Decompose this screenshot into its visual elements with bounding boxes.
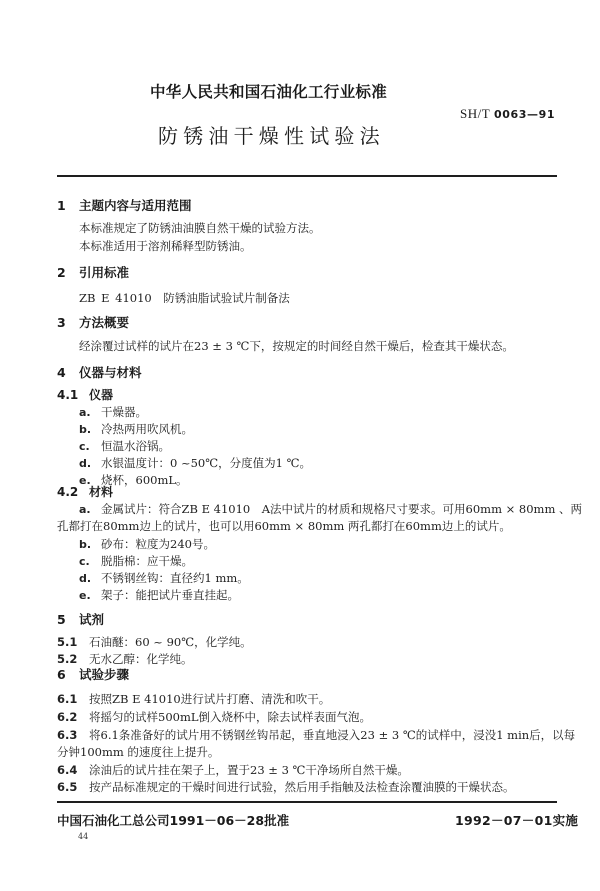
item-number: 5.2 [57, 652, 89, 666]
step-number: 6.1 [57, 692, 89, 706]
subsection-title: 仪器 [89, 388, 113, 402]
section-title: 仪器与材料 [79, 365, 142, 380]
section-4-heading: 4仪器与材料 [57, 363, 142, 381]
step-text: 按照ZB E 41010进行试片打磨、清洗和吹干。 [89, 692, 330, 706]
section-3-heading: 3方法概要 [57, 313, 129, 331]
reference-standard: ZB E 41010 防锈油脂试验试片制备法 [79, 290, 290, 306]
paragraph: 本标准规定了防锈油油膜自然干燥的试验方法。 [79, 220, 321, 236]
page-number: 44 [78, 832, 88, 841]
item-number: 5.1 [57, 635, 89, 649]
item-label: a. [79, 406, 101, 419]
header-divider [57, 175, 557, 177]
item-label: a. [79, 503, 101, 516]
procedure-step: 6.3将6.1条准备好的试片用不锈钢丝钩吊起，垂直地浸入23 ± 3 ℃的试样中… [57, 727, 575, 743]
item-text: 水银温度计：0 ~50℃，分度值为1 ℃。 [101, 456, 311, 470]
subsection-4-2-heading: 4.2材料 [57, 483, 113, 500]
section-number: 3 [57, 315, 79, 330]
item-text: 冷热两用吹风机。 [101, 422, 193, 436]
section-title: 试剂 [79, 612, 104, 627]
procedure-step-continuation: 分钟100mm 的速度往上提升。 [57, 744, 219, 760]
approval-date: 中国石油化工总公司1991－06－28批准 [57, 811, 289, 829]
item-label: c. [79, 440, 101, 453]
list-item: d.不锈钢丝钩：直径约1 mm。 [79, 570, 249, 586]
item-text: 脱脂棉：应干燥。 [101, 554, 193, 568]
item-label: e. [79, 589, 101, 602]
step-number: 6.3 [57, 728, 89, 742]
step-number: 6.4 [57, 763, 89, 777]
list-item: a.干燥器。 [79, 404, 147, 420]
paragraph: 经涂覆过试样的试片在23 ± 3 ℃下，按规定的时间经自然干燥后，检查其干燥状态… [79, 338, 514, 354]
item-text: 恒温水浴锅。 [101, 439, 170, 453]
item-text: 金属试片：符合ZB E 41010 A法中试片的材质和规格尺寸要求。可用60mm… [101, 502, 582, 516]
item-label: d. [79, 457, 101, 470]
section-number: 4 [57, 365, 79, 380]
item-text: 干燥器。 [101, 405, 147, 419]
list-item: c.脱脂棉：应干燥。 [79, 553, 193, 569]
step-text: 将摇匀的试样500mL倒入烧杯中，除去试样表面气泡。 [89, 710, 371, 724]
list-item: c.恒温水浴锅。 [79, 438, 170, 454]
footer-divider [57, 801, 557, 803]
standard-code-prefix: SH/T [460, 106, 490, 121]
list-item: a.金属试片：符合ZB E 41010 A法中试片的材质和规格尺寸要求。可用60… [79, 501, 582, 517]
document-title: 防锈油干燥性试验法 [158, 120, 385, 149]
item-text: 砂布：粒度为240号。 [101, 537, 215, 551]
section-number: 5 [57, 612, 79, 627]
subsection-title: 材料 [89, 485, 113, 499]
item-label: b. [79, 423, 101, 436]
subsection-number: 4.2 [57, 485, 89, 499]
step-text: 按产品标准规定的干燥时间进行试验，然后用手指触及法检查涂覆油膜的干燥状态。 [89, 780, 515, 794]
standard-code: SH/T 0063—91 [460, 106, 555, 122]
list-item: e.架子：能把试片垂直挂起。 [79, 587, 239, 603]
item-label: b. [79, 538, 101, 551]
item-text: 石油醚：60 ~ 90℃，化学纯。 [89, 635, 252, 649]
step-number: 6.5 [57, 780, 89, 794]
step-text: 将6.1条准备好的试片用不锈钢丝钩吊起，垂直地浸入23 ± 3 ℃的试样中，浸没… [89, 728, 575, 742]
subsection-number: 4.1 [57, 388, 89, 402]
section-number: 6 [57, 667, 79, 682]
list-item: d.水银温度计：0 ~50℃，分度值为1 ℃。 [79, 455, 311, 471]
procedure-step: 6.5按产品标准规定的干燥时间进行试验，然后用手指触及法检查涂覆油膜的干燥状态。 [57, 779, 515, 795]
item-label: c. [79, 555, 101, 568]
section-title: 试验步骤 [79, 667, 129, 682]
procedure-step: 6.2将摇匀的试样500mL倒入烧杯中，除去试样表面气泡。 [57, 709, 371, 725]
list-item-continuation: 孔都打在80mm边上的试片，也可以用60mm × 80mm 两孔都打在60mm边… [57, 518, 511, 534]
section-6-heading: 6试验步骤 [57, 665, 129, 683]
issuing-body-title: 中华人民共和国石油化工行业标准 [150, 80, 387, 102]
item-text: 烧杯，600mL。 [101, 473, 188, 487]
list-item: b.砂布：粒度为240号。 [79, 536, 215, 552]
procedure-step: 6.4涂油后的试片挂在架子上，置于23 ± 3 ℃干净场所自然干燥。 [57, 762, 409, 778]
item-text: 不锈钢丝钩：直径约1 mm。 [101, 571, 249, 585]
section-2-heading: 2引用标准 [57, 263, 129, 281]
section-number: 2 [57, 265, 79, 280]
reagent-item: 5.1石油醚：60 ~ 90℃，化学纯。 [57, 634, 252, 650]
item-label: d. [79, 572, 101, 585]
section-5-heading: 5试剂 [57, 610, 104, 628]
effective-date: 1992－07－01实施 [455, 811, 578, 829]
subsection-4-1-heading: 4.1仪器 [57, 386, 113, 403]
step-text: 涂油后的试片挂在架子上，置于23 ± 3 ℃干净场所自然干燥。 [89, 763, 409, 777]
item-text: 架子：能把试片垂直挂起。 [101, 588, 239, 602]
item-text: 无水乙醇：化学纯。 [89, 652, 193, 666]
step-number: 6.2 [57, 710, 89, 724]
section-title: 主题内容与适用范围 [79, 198, 192, 213]
section-1-heading: 1主题内容与适用范围 [57, 196, 192, 214]
procedure-step: 6.1按照ZB E 41010进行试片打磨、清洗和吹干。 [57, 691, 330, 707]
paragraph: 本标准适用于溶剂稀释型防锈油。 [79, 238, 252, 254]
standard-code-number: 0063—91 [494, 108, 555, 121]
list-item: b.冷热两用吹风机。 [79, 421, 193, 437]
section-title: 方法概要 [79, 315, 129, 330]
section-title: 引用标准 [79, 265, 129, 280]
section-number: 1 [57, 198, 79, 213]
